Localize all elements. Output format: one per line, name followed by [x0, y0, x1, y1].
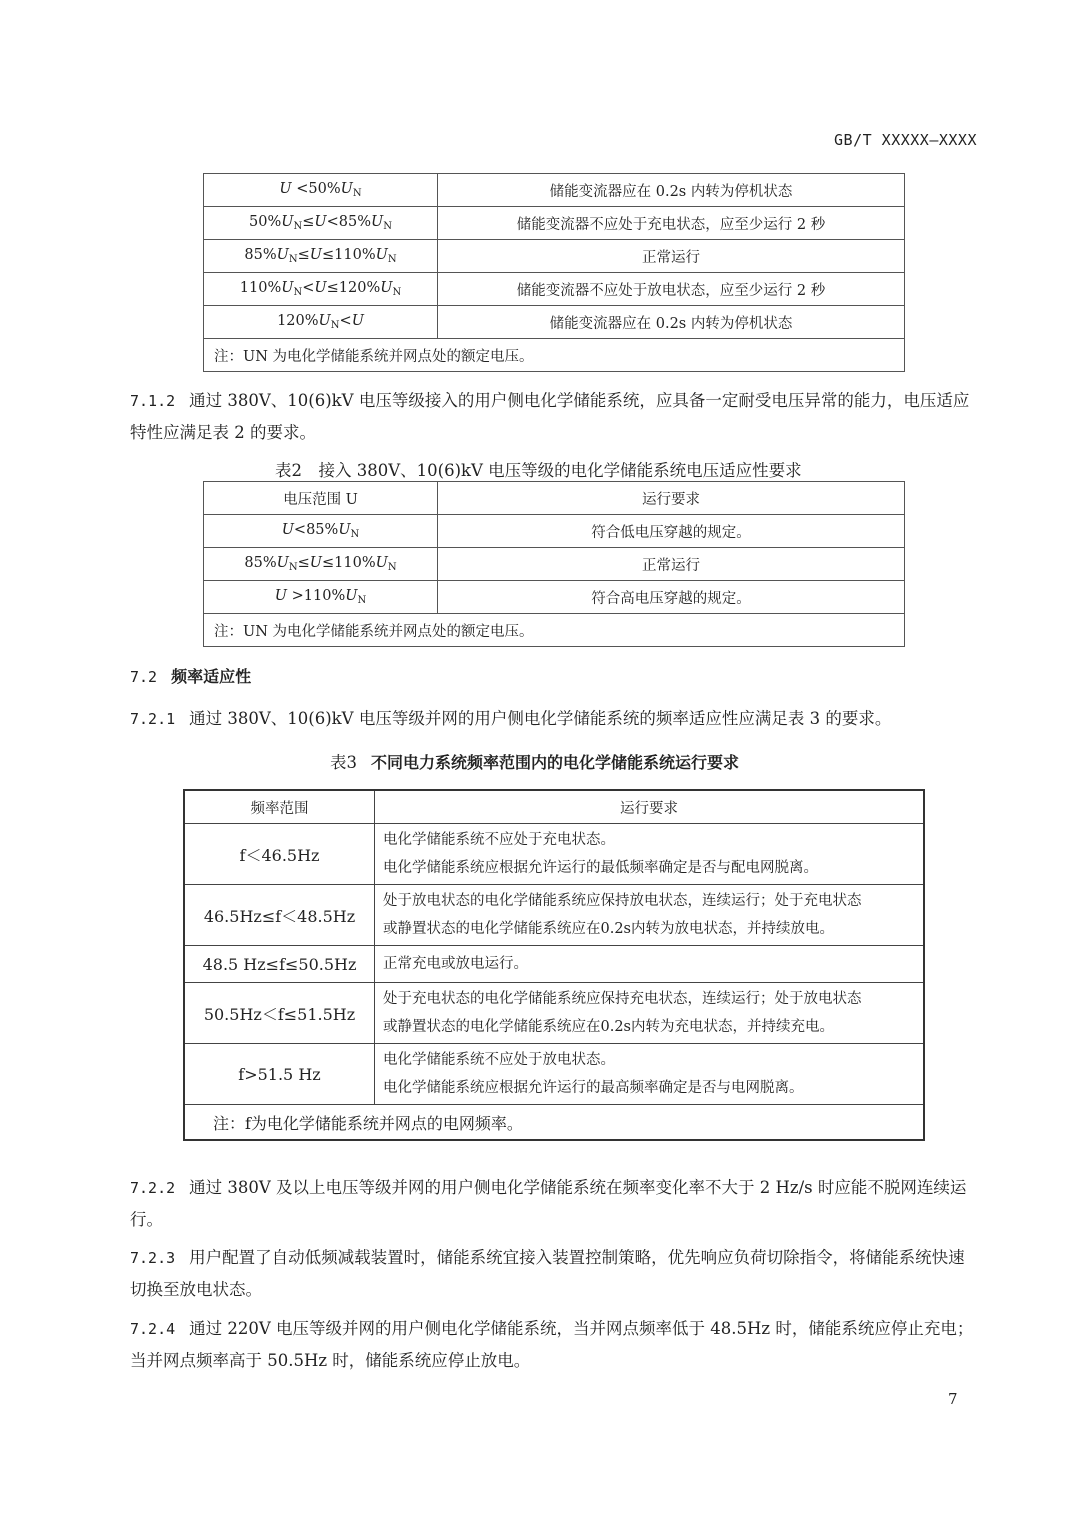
- frequency-range-cell: f＜46.5Hz: [184, 824, 375, 885]
- voltage-adaptability-table: 电压范围 U 运行要求 U<85%UN 符合低电压穿越的规定。 85%UN≤U≤…: [203, 481, 905, 647]
- table-note-row: 注：UN 为电化学储能系统并网点处的额定电压。: [204, 339, 905, 372]
- voltage-range-cell: U<85%UN: [204, 515, 438, 548]
- table2-caption: 表2 接入 380V、10(6)kV 电压等级的电化学储能系统电压适应性要求: [275, 457, 802, 481]
- clause-number: 7.2.4: [130, 1320, 175, 1338]
- table-note: 注：UN 为电化学储能系统并网点处的额定电压。: [204, 339, 905, 372]
- requirement-line: 或静置状态的电化学储能系统应在0.2s内转为充电状态，并持续充电。: [383, 1013, 915, 1041]
- clause-text: 用户配置了自动低频减载装置时，储能系统宜接入装置控制策略，优先响应负荷切除指令，…: [130, 1248, 965, 1299]
- clause-number: 7.2.1: [130, 710, 175, 728]
- requirement-line: 处于充电状态的电化学储能系统应保持充电状态，连续运行；处于放电状态: [383, 985, 915, 1013]
- table3-caption-number: 表3: [330, 753, 357, 772]
- requirement-cell: 电化学储能系统不应处于充电状态。 电化学储能系统应根据允许运行的最低频率确定是否…: [375, 824, 925, 885]
- table-row: 46.5Hz≤f＜48.5Hz 处于放电状态的电化学储能系统应保持放电状态，连续…: [184, 885, 924, 946]
- requirement-line: 电化学储能系统不应处于充电状态。: [383, 826, 915, 854]
- table-row: 85%UN≤U≤110%UN 正常运行: [204, 240, 905, 273]
- requirement-line: 正常充电或放电运行。: [383, 950, 915, 978]
- table3-caption: 表3不同电力系统频率范围内的电化学储能系统运行要求: [330, 749, 739, 773]
- table-row: 120%UN<U 储能变流器应在 0.2s 内转为停机状态: [204, 306, 905, 339]
- voltage-range-cell: U <50%UN: [204, 174, 438, 207]
- header-requirement: 运行要求: [438, 482, 905, 515]
- clause-7-2-1: 7.2.1通过 380V、10(6)kV 电压等级并网的用户侧电化学储能系统的频…: [130, 703, 980, 735]
- frequency-range-cell: f>51.5 Hz: [184, 1044, 375, 1105]
- clause-text: 通过 380V 及以上电压等级并网的用户侧电化学储能系统在频率变化率不大于 2 …: [130, 1178, 966, 1229]
- requirement-cell: 储能变流器应在 0.2s 内转为停机状态: [438, 306, 905, 339]
- voltage-range-cell: 120%UN<U: [204, 306, 438, 339]
- requirement-line: 电化学储能系统不应处于放电状态。: [383, 1046, 915, 1074]
- voltage-table-continued: U <50%UN 储能变流器应在 0.2s 内转为停机状态 50%UN≤U<85…: [203, 173, 905, 372]
- table-row: f>51.5 Hz 电化学储能系统不应处于放电状态。 电化学储能系统应根据允许运…: [184, 1044, 924, 1105]
- voltage-range-cell: 110%UN<U≤120%UN: [204, 273, 438, 306]
- frequency-adaptability-table: 频率范围 运行要求 f＜46.5Hz 电化学储能系统不应处于充电状态。 电化学储…: [183, 789, 925, 1141]
- voltage-range-cell: 85%UN≤U≤110%UN: [204, 240, 438, 273]
- frequency-range-cell: 46.5Hz≤f＜48.5Hz: [184, 885, 375, 946]
- clause-text: 通过 380V、10(6)kV 电压等级接入的用户侧电化学储能系统，应具备一定耐…: [130, 391, 969, 442]
- table-row: f＜46.5Hz 电化学储能系统不应处于充电状态。 电化学储能系统应根据允许运行…: [184, 824, 924, 885]
- requirement-cell: 处于放电状态的电化学储能系统应保持放电状态，连续运行；处于充电状态 或静置状态的…: [375, 885, 925, 946]
- requirement-cell: 符合低电压穿越的规定。: [438, 515, 905, 548]
- table-row: 110%UN<U≤120%UN 储能变流器不应处于放电状态，应至少运行 2 秒: [204, 273, 905, 306]
- clause-text: 通过 220V 电压等级并网的用户侧电化学储能系统，当并网点频率低于 48.5H…: [130, 1319, 973, 1370]
- table-row: U<85%UN 符合低电压穿越的规定。: [204, 515, 905, 548]
- table-note: 注：UN 为电化学储能系统并网点处的额定电压。: [204, 614, 905, 647]
- requirement-cell: 正常运行: [438, 240, 905, 273]
- header-requirement: 运行要求: [375, 790, 925, 824]
- requirement-cell: 储能变流器应在 0.2s 内转为停机状态: [438, 174, 905, 207]
- requirement-cell: 处于充电状态的电化学储能系统应保持充电状态，连续运行；处于放电状态 或静置状态的…: [375, 983, 925, 1044]
- table-row: 85%UN≤U≤110%UN 正常运行: [204, 548, 905, 581]
- section-number: 7.2: [130, 668, 157, 686]
- table-header-row: 频率范围 运行要求: [184, 790, 924, 824]
- clause-7-2-3: 7.2.3用户配置了自动低频减载装置时，储能系统宜接入装置控制策略，优先响应负荷…: [130, 1242, 980, 1305]
- table-row: 48.5 Hz≤f≤50.5Hz 正常充电或放电运行。: [184, 946, 924, 983]
- requirement-cell: 正常充电或放电运行。: [375, 946, 925, 983]
- requirement-line: 电化学储能系统应根据允许运行的最低频率确定是否与配电网脱离。: [383, 854, 915, 882]
- clause-7-1-2: 7.1.2通过 380V、10(6)kV 电压等级接入的用户侧电化学储能系统，应…: [130, 385, 980, 448]
- table-note-row: 注：f为电化学储能系统并网点的电网频率。: [184, 1105, 924, 1141]
- table-row: U <50%UN 储能变流器应在 0.2s 内转为停机状态: [204, 174, 905, 207]
- voltage-range-cell: U >110%UN: [204, 581, 438, 614]
- table-note: 注：f为电化学储能系统并网点的电网频率。: [184, 1105, 924, 1141]
- table-row: U >110%UN 符合高电压穿越的规定。: [204, 581, 905, 614]
- requirement-line: 处于放电状态的电化学储能系统应保持放电状态，连续运行；处于充电状态: [383, 887, 915, 915]
- frequency-range-cell: 50.5Hz＜f≤51.5Hz: [184, 983, 375, 1044]
- clause-number: 7.1.2: [130, 392, 175, 410]
- requirement-cell: 储能变流器不应处于放电状态，应至少运行 2 秒: [438, 273, 905, 306]
- voltage-range-cell: 85%UN≤U≤110%UN: [204, 548, 438, 581]
- requirement-cell: 正常运行: [438, 548, 905, 581]
- page-number: 7: [948, 1390, 958, 1408]
- document-id-header: GB/T XXXXX—XXXX: [834, 131, 977, 149]
- table3-caption-title: 不同电力系统频率范围内的电化学储能系统运行要求: [371, 753, 739, 772]
- table-row: 50%UN≤U<85%UN 储能变流器不应处于充电状态，应至少运行 2 秒: [204, 207, 905, 240]
- table-header-row: 电压范围 U 运行要求: [204, 482, 905, 515]
- requirement-cell: 储能变流器不应处于充电状态，应至少运行 2 秒: [438, 207, 905, 240]
- section-7-2-heading: 7.2频率适应性: [130, 661, 980, 693]
- section-title: 频率适应性: [171, 667, 251, 686]
- clause-text: 通过 380V、10(6)kV 电压等级并网的用户侧电化学储能系统的频率适应性应…: [189, 709, 891, 728]
- requirement-line: 电化学储能系统应根据允许运行的最高频率确定是否与电网脱离。: [383, 1074, 915, 1102]
- clause-number: 7.2.2: [130, 1179, 175, 1197]
- frequency-range-cell: 48.5 Hz≤f≤50.5Hz: [184, 946, 375, 983]
- header-frequency-range: 频率范围: [184, 790, 375, 824]
- table-note-row: 注：UN 为电化学储能系统并网点处的额定电压。: [204, 614, 905, 647]
- requirement-cell: 电化学储能系统不应处于放电状态。 电化学储能系统应根据允许运行的最高频率确定是否…: [375, 1044, 925, 1105]
- header-voltage-range: 电压范围 U: [204, 482, 438, 515]
- clause-7-2-2: 7.2.2通过 380V 及以上电压等级并网的用户侧电化学储能系统在频率变化率不…: [130, 1172, 980, 1235]
- table-row: 50.5Hz＜f≤51.5Hz 处于充电状态的电化学储能系统应保持充电状态，连续…: [184, 983, 924, 1044]
- clause-7-2-4: 7.2.4通过 220V 电压等级并网的用户侧电化学储能系统，当并网点频率低于 …: [130, 1313, 980, 1376]
- clause-number: 7.2.3: [130, 1249, 175, 1267]
- requirement-cell: 符合高电压穿越的规定。: [438, 581, 905, 614]
- voltage-range-cell: 50%UN≤U<85%UN: [204, 207, 438, 240]
- requirement-line: 或静置状态的电化学储能系统应在0.2s内转为放电状态，并持续放电。: [383, 915, 915, 943]
